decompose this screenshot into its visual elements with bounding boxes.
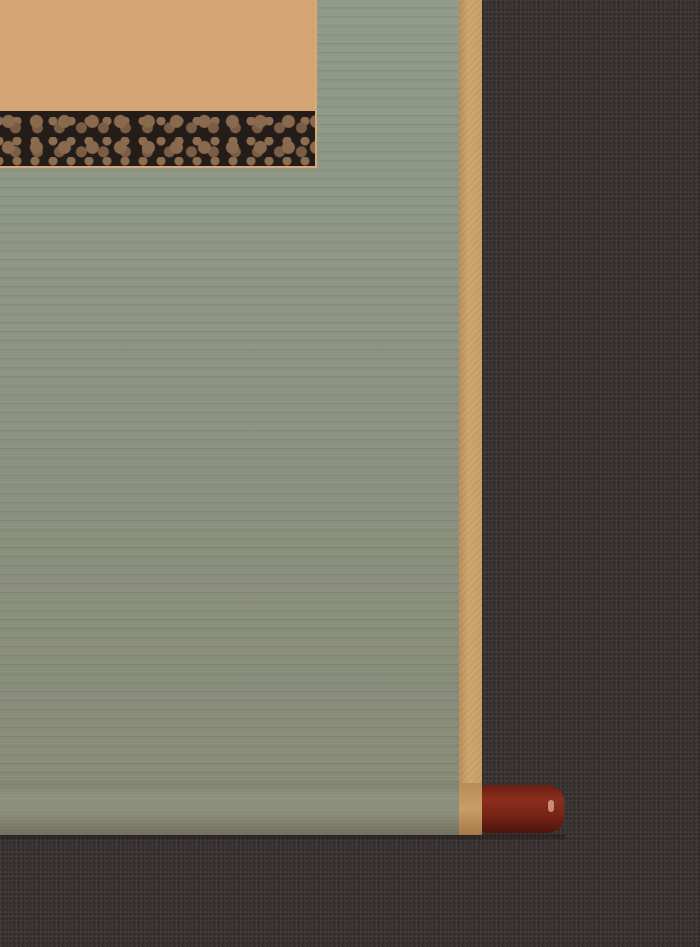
roller-shadow [0, 835, 565, 841]
painting-frame [0, 0, 317, 168]
brocade-band [0, 111, 315, 166]
roller-knob-highlight [548, 800, 554, 812]
painting-paper [0, 0, 315, 110]
roller-border-edge [459, 783, 482, 835]
roller [0, 783, 459, 835]
gold-border [459, 0, 482, 835]
